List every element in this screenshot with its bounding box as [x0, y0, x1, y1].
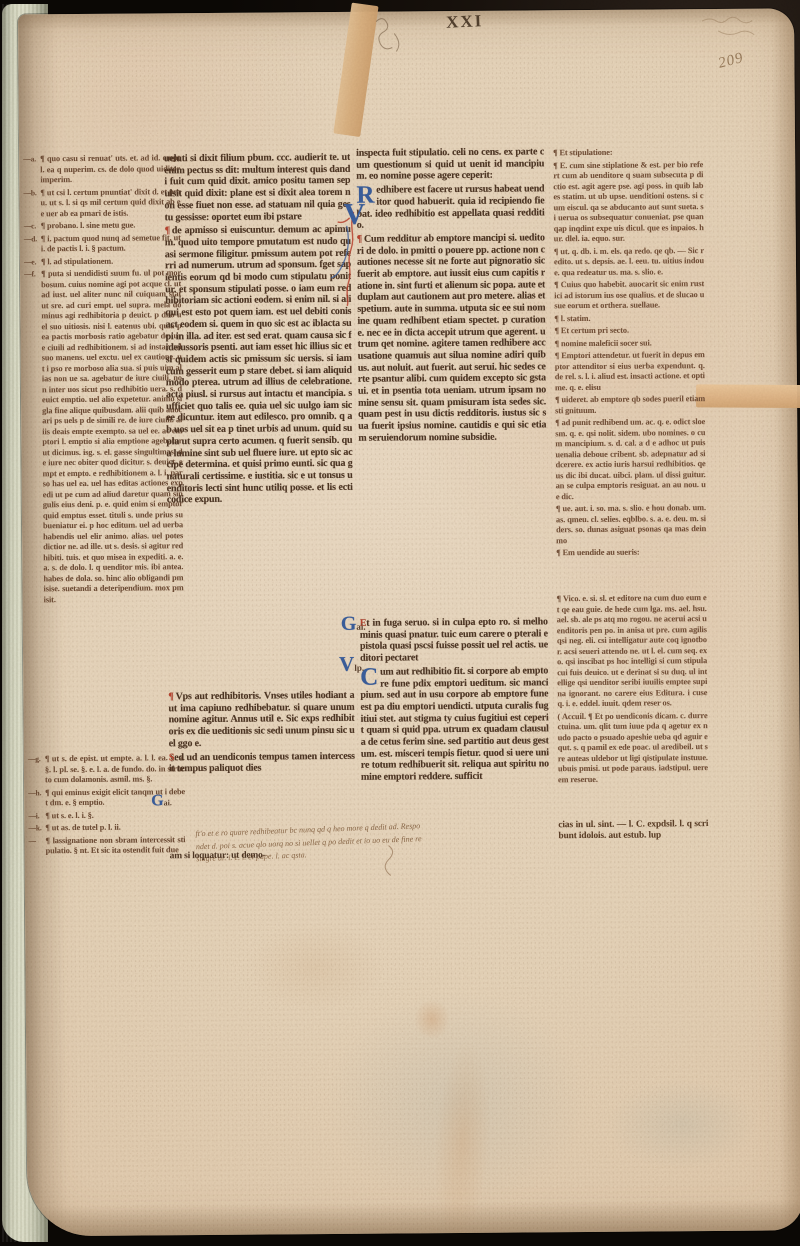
text-block: ¶ Em uendide au sueris: [556, 547, 706, 559]
text-block: inspecta fuit stipulatio. celi no cens. … [356, 146, 544, 183]
gloss-entry-letter: — [28, 836, 35, 847]
margin-author-gaius-col1-suffix: ai. [164, 798, 172, 807]
marginal-annotation: ft'o et e ro quare redhibeatur bc nunq q… [195, 820, 426, 916]
margin-initial-v-initial: V [343, 198, 365, 231]
gloss-entry: —b.¶ ut csi l. certum pnuntiat' dixit d.… [40, 187, 180, 220]
margin-author-ulpian-col2: Vlp. [339, 652, 364, 677]
text-block: cias in ul. sint. — l. C. expdsil. l. q … [558, 819, 708, 842]
stain-blue-gray [326, 990, 588, 1212]
text-block: ¶ l. statim. [554, 313, 704, 325]
margin-author-gaius-col1: Gai. [151, 792, 172, 810]
gloss-entry: —f.¶ puta si uendidisti suum fu. ul pot … [41, 268, 184, 605]
catchline: am si loquatur: ut demo- [170, 851, 266, 862]
text-block: Et in fuga seruo. si in culpa epto ro. s… [360, 616, 548, 664]
repair-tape-right [696, 384, 800, 408]
gloss-entry: —a.¶ quo casu si renuat' uts. et. ad id.… [40, 153, 180, 186]
text-block: ¶ ue. aut. i. so. ma. s. slio. e hou don… [556, 503, 706, 546]
margin-author-gaius-col2: Gai. [341, 613, 366, 636]
text-block: ¶Vps aut redhibitoris. Vnses utiles hodi… [168, 690, 354, 750]
stain-orange-streak [429, 1039, 496, 1242]
text-block: ¶ Et certum pri secto. [554, 325, 704, 337]
text-block: ¶ ut. q. db. i. m. els. qa redo. qe qb. … [554, 246, 704, 279]
text-block: Cum aut redhibitio fit. si corpore ab em… [360, 665, 549, 784]
text-block: ¶ Vico. e. si. sl. et editore na cum duo… [557, 593, 708, 710]
text-block: ¶ Emptori attendetur. ut fuerit in depus… [555, 350, 705, 393]
margin-scribble [376, 18, 399, 51]
right-gloss-column-end: cias in ul. sint. — l. C. expdsil. l. q … [558, 819, 708, 846]
text-block: ¶ E. cum sine stiplatione & est. per bio… [553, 160, 704, 245]
text-block: ( Accuil. ¶ Et po uendiconis dicam. c. d… [558, 711, 709, 786]
pilcrow-mark: ¶ [357, 234, 362, 245]
gloss-entry-letter: —k. [28, 823, 41, 834]
left-gloss-column: —a.¶ quo casu si renuat' uts. et. ad id.… [23, 153, 185, 752]
gloss-entry: —i.¶ ut s. e. l. i. §. [45, 810, 185, 822]
gloss-entry: —g.¶ ut s. de epist. ut empte. a. l. l. … [45, 753, 185, 786]
text-block: ¶ uideret. ab emptore qb sodes pueril et… [555, 394, 705, 416]
margin-author-gaius-col1-initial: G [151, 792, 164, 809]
manuscript-photo: XXI 209 —a.¶ quo casu si renuat' uts. et… [0, 0, 800, 1246]
text-block: ¶Cum redditur ab emptore mancipi si. ued… [357, 232, 547, 444]
running-title: XXI [446, 11, 484, 33]
pilcrow-mark: ¶ [168, 691, 173, 702]
text-block: ¶ Et stipulatione: [553, 147, 703, 159]
margin-author-ulpian-col2-initial: V [339, 652, 354, 676]
margin-initial-v: V [343, 198, 365, 232]
text-block: ueluti si dixit filium pbum. ccc. audier… [164, 152, 351, 224]
main-column-right-lower: Et in fuga seruo. si in culpa epto ro. s… [360, 616, 550, 825]
main-column-left-lower: ¶Vps aut redhibitoris. Vnses utiles hodi… [168, 690, 355, 823]
stain-orange-spot [414, 999, 450, 1039]
margin-author-gaius-col2-initial: G [341, 613, 357, 635]
gloss-entry-letter: —h. [28, 788, 41, 799]
main-column-left: ueluti si dixit filium pbum. ccc. audier… [164, 152, 354, 691]
gloss-entry: —c.¶ probano. l. sine metu gue. [41, 220, 181, 232]
gloss-entry-letter: —g. [28, 754, 41, 765]
text-block: ¶ Cuius quo habebit. auocarit sic enim r… [554, 279, 704, 312]
decorated-initial-s: S [169, 752, 174, 763]
parchment-page: XXI 209 —a.¶ quo casu si renuat' uts. et… [18, 8, 800, 1236]
text-block: Sed ud an uendiconis tempus tamen interc… [169, 750, 355, 775]
gloss-entry-letter: —f. [24, 269, 36, 280]
gloss-entry: —d.¶ i. pactum quod nunq ad semetue fit.… [41, 233, 181, 255]
gloss-entry: —k.¶ ut as. de tutel p. l. ii. [45, 822, 185, 834]
margin-author-ulpian-col2-suffix: lp. [354, 663, 364, 673]
text-block: ¶de apmisso si euiscuntur. demum ac apim… [165, 224, 353, 506]
gloss-entry-letter: —b. [23, 188, 36, 199]
text-block: ¶ nomine maleficii socer sui. [555, 338, 705, 350]
text-block: Redhibere est facere ut rursus habeat ue… [356, 183, 544, 231]
gloss-entry-letter: —i. [28, 811, 39, 822]
folio-number: 209 [717, 50, 746, 73]
main-column-right: inspecta fuit stipulatio. celi no cens. … [356, 146, 548, 617]
stain-brown-lower [245, 922, 386, 1013]
pilcrow-mark: ¶ [165, 225, 170, 236]
gloss-entry-letter: —d. [24, 234, 37, 245]
gloss-entry: —e.¶ l. ad stipulationem. [41, 256, 181, 268]
gloss-entry-letter: —c. [24, 221, 36, 232]
right-gloss-column: ¶ Et stipulatione:¶ E. cum sine stiplati… [553, 147, 706, 584]
repair-tape-top [333, 3, 378, 137]
stain-blue-gray-2 [606, 1079, 757, 1170]
gloss-entry: —¶ lassignatione non sbram intercessit s… [45, 835, 185, 857]
corner-inscription [702, 17, 754, 35]
margin-author-gaius-col2-suffix: ai. [356, 622, 365, 632]
right-gloss-column-mid: ¶ Vico. e. si. sl. et editore na cum duo… [557, 593, 709, 818]
gloss-entry-letter: —e. [24, 257, 36, 268]
text-block: ¶ ad punit redhibend um. ac. q. e. odict… [555, 417, 706, 502]
gloss-entry-letter: —a. [23, 154, 36, 165]
